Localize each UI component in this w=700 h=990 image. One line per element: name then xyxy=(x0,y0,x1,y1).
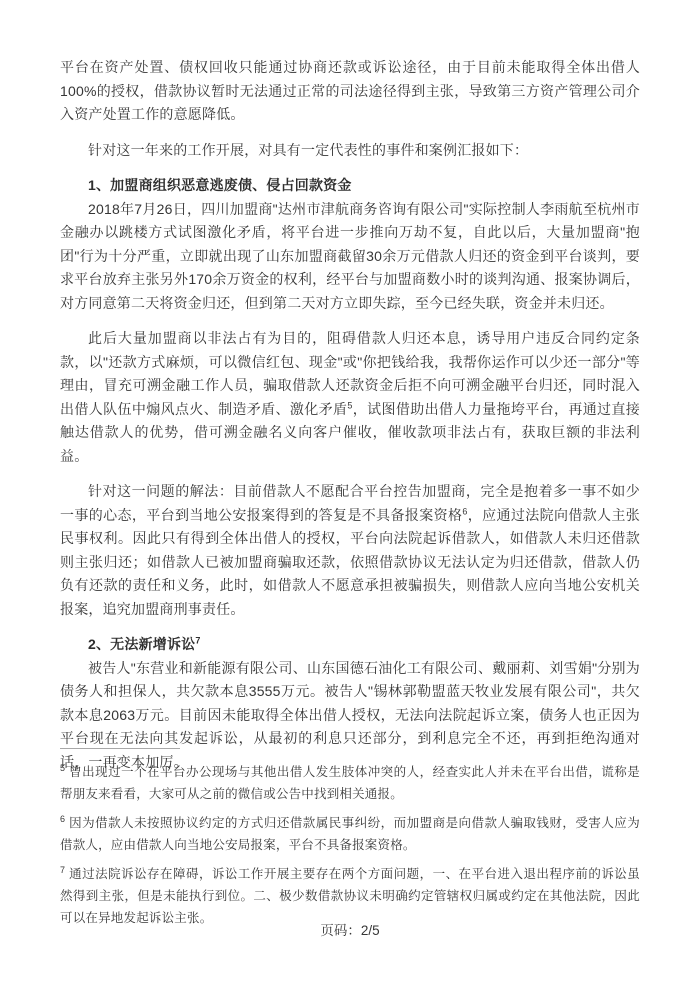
footnote-reference: 7 xyxy=(195,635,200,645)
footnote-reference: 5 xyxy=(347,400,352,410)
section-heading: 2、无法新增诉讼7 xyxy=(60,633,640,657)
footnote-area: 5 曾出现过一个在平台办公现场与其他出借人发生肢体冲突的人，经查实此人并未在平台… xyxy=(60,748,640,936)
footnote-list: 5 曾出现过一个在平台办公现场与其他出借人发生肢体冲突的人，经查实此人并未在平台… xyxy=(60,761,640,929)
document-page: 平台在资产处置、债权回收只能通过协商还款或诉讼途径，由于目前未能取得全体出借人1… xyxy=(0,0,700,990)
footnote-marker: 6 xyxy=(60,814,65,824)
footnote-separator-line xyxy=(60,748,180,749)
section-heading: 1、加盟商组织恶意逃废债、侵占回款资金 xyxy=(60,174,640,198)
footnote-reference: 6 xyxy=(462,506,467,516)
page-number-label: 页码：2/5 xyxy=(320,923,379,938)
body-paragraph: 针对这一年来的工作开展，对具有一定代表性的事件和案例汇报如下： xyxy=(60,139,640,163)
body-paragraph: 2018年7月26日，四川加盟商"达州市津航商务咨询有限公司"实际控制人李雨航至… xyxy=(60,198,640,316)
footnote-item: 6 因为借款人未按照协议约定的方式归还借款属民事纠纷，而加盟商是向借款人骗取钱财… xyxy=(60,812,640,856)
footnote-marker: 7 xyxy=(60,865,65,875)
footnote-marker: 5 xyxy=(60,763,65,773)
page-footer: 页码：2/5 xyxy=(0,919,700,939)
body-paragraph: 平台在资产处置、债权回收只能通过协商还款或诉讼途径，由于目前未能取得全体出借人1… xyxy=(60,56,640,127)
footnote-item: 5 曾出现过一个在平台办公现场与其他出借人发生肢体冲突的人，经查实此人并未在平台… xyxy=(60,761,640,805)
body-paragraph: 针对这一问题的解法：目前借款人不愿配合平台控告加盟商，完全是抱着多一事不如少一事… xyxy=(60,480,640,621)
document-body: 平台在资产处置、债权回收只能通过协商还款或诉讼途径，由于目前未能取得全体出借人1… xyxy=(60,56,640,786)
body-paragraph: 此后大量加盟商以非法占有为目的，阻碍借款人归还本息，诱导用户违反合同约定条款，以… xyxy=(60,327,640,468)
